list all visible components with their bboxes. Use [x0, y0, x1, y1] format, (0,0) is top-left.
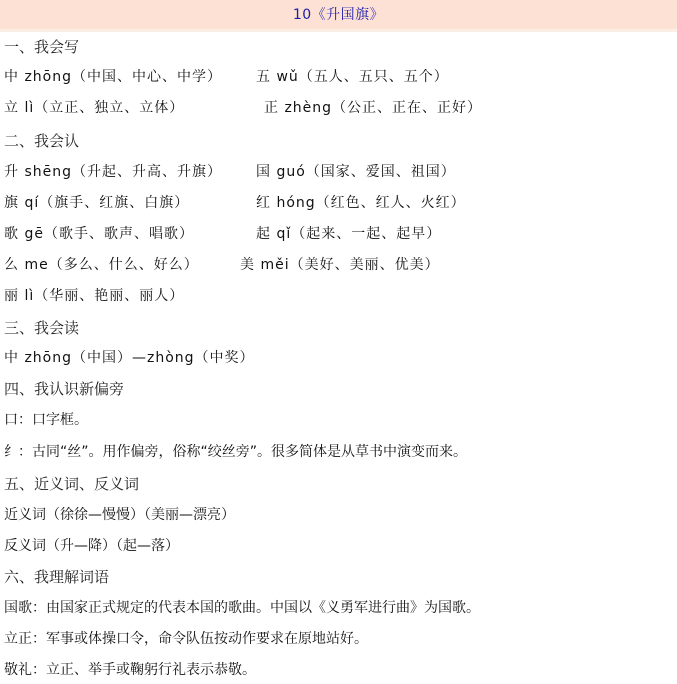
char-entry-li-beautiful: 丽 lì（华丽、艳丽、丽人） [4, 287, 184, 305]
title-banner: 10《升国旗》 [0, 0, 677, 32]
section-heading-radicals: 四、我认识新偏旁 [4, 380, 124, 398]
char-entry-me: 么 me（多么、什么、好么） [4, 256, 199, 274]
char-entry-mei: 美 měi（美好、美丽、优美） [240, 256, 440, 274]
definition-lizheng: 立正：军事或体操口令，命令队伍按动作要求在原地站好。 [4, 630, 368, 648]
char-entry-guo: 国 guó（国家、爱国、祖国） [256, 163, 456, 181]
section-heading-write: 一、我会写 [4, 38, 79, 56]
char-entry-qi-flag: 旗 qí（旗手、红旗、白旗） [4, 194, 189, 212]
char-entry-sheng: 升 shēng（升起、升高、升旗） [4, 163, 222, 181]
section-heading-synonyms-antonyms: 五、近义词、反义词 [4, 475, 139, 493]
definition-guoge: 国歌：由国家正式规定的代表本国的歌曲。中国以《义勇军进行曲》为国歌。 [4, 599, 480, 617]
section-heading-recognize: 二、我会认 [4, 132, 79, 150]
section-heading-read: 三、我会读 [4, 319, 79, 337]
char-entry-wu: 五 wǔ（五人、五只、五个） [256, 68, 449, 86]
polyphone-zhong: 中 zhōng（中国）—zhòng（中奖） [4, 349, 255, 367]
synonyms-line: 近义词（徐徐—慢慢）（美丽—漂亮） [4, 506, 235, 524]
char-entry-zhong: 中 zhōng（中国、中心、中学） [4, 68, 222, 86]
radical-kou: 口：口字框。 [4, 411, 88, 429]
page-title: 10《升国旗》 [0, 6, 677, 24]
char-entry-ge: 歌 gē（歌手、歌声、唱歌） [4, 225, 194, 243]
char-entry-li: 立 lì（立正、独立、立体） [4, 99, 184, 117]
definition-jingli: 敬礼：立正、举手或鞠躬行礼表示恭敬。 [4, 661, 256, 679]
char-entry-zheng: 正 zhèng（公正、正在、正好） [264, 99, 482, 117]
antonyms-line: 反义词（升—降）（起—落） [4, 537, 179, 555]
radical-si: 纟：古同“丝”。用作偏旁，俗称“绞丝旁”。很多简体是从草书中演变而来。 [4, 443, 467, 461]
section-heading-vocabulary: 六、我理解词语 [4, 568, 109, 586]
char-entry-hong: 红 hóng（红色、红人、火红） [256, 194, 466, 212]
char-entry-qi-rise: 起 qǐ（起来、一起、起早） [256, 225, 441, 243]
